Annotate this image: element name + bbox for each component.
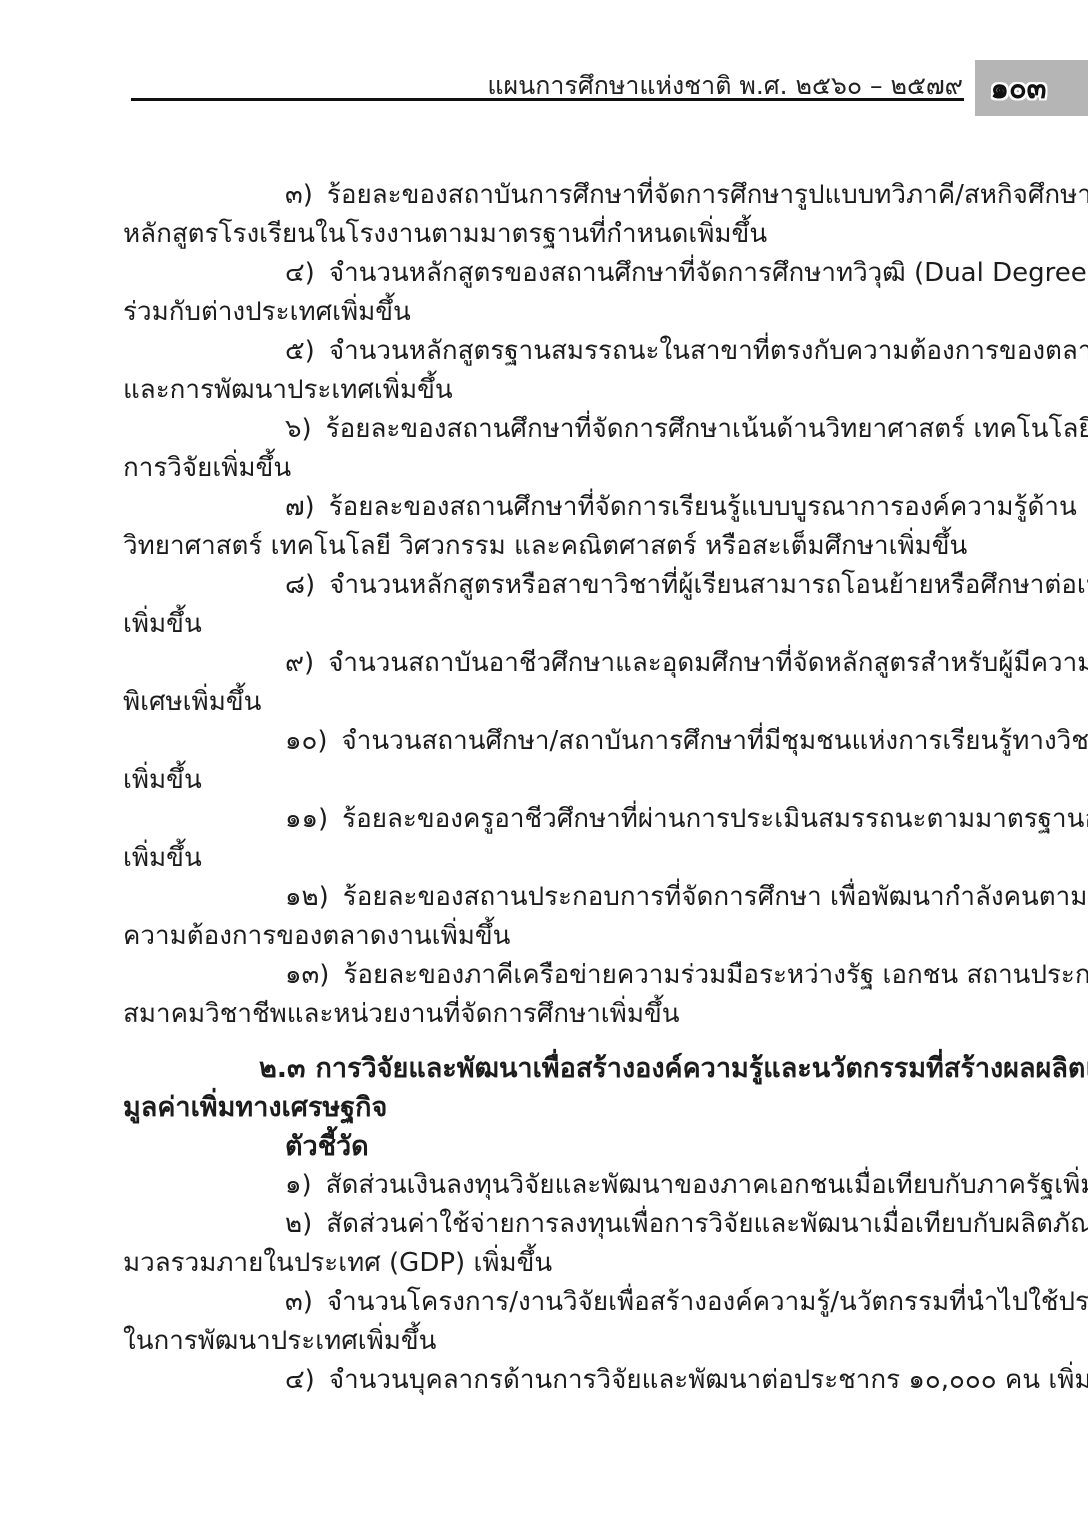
header-rule	[131, 98, 964, 101]
item-number: ๓)	[285, 1283, 313, 1322]
item-continuation: เพิ่มขึ้น	[123, 761, 983, 800]
section-heading-2-3: ๒.๓การวิจัยและพัฒนาเพื่อสร้างองค์ความรู้…	[123, 1049, 983, 1127]
indicator-item-1: ๑)สัดส่วนเงินลงทุนวิจัยและพัฒนาของภาคเอก…	[123, 1166, 983, 1205]
item-text: ร้อยละของสถานศึกษาที่จัดการเรียนรู้แบบบู…	[329, 492, 1077, 522]
item-continuation: สมาคมวิชาชีพและหน่วยงานที่จัดการศึกษาเพิ…	[123, 995, 983, 1034]
page-content: ๓)ร้อยละของสถาบันการศึกษาที่จัดการศึกษาร…	[123, 176, 983, 1400]
item-continuation: เพิ่มขึ้น	[123, 839, 983, 878]
item-text: สัดส่วนค่าใช้จ่ายการลงทุนเพื่อการวิจัยแล…	[326, 1209, 1088, 1239]
item-number: ๑)	[285, 1166, 312, 1205]
item-continuation: พิเศษเพิ่มขึ้น	[123, 683, 983, 722]
indicator-item-3: ๓)จำนวนโครงการ/งานวิจัยเพื่อสร้างองค์ควา…	[123, 1283, 983, 1361]
item-text: ร้อยละของครูอาชีวศึกษาที่ผ่านการประเมินส…	[342, 804, 1088, 834]
item-number: ๘)	[285, 566, 315, 605]
item-continuation: หลักสูตรโรงเรียนในโรงงานตามมาตรฐานที่กำห…	[123, 215, 983, 254]
list-item-7: ๗)ร้อยละของสถานศึกษาที่จัดการเรียนรู้แบบ…	[123, 488, 983, 566]
item-number: ๑๓)	[285, 956, 329, 995]
item-continuation: ความต้องการของตลาดงานเพิ่มขึ้น	[123, 917, 983, 956]
list-item-9: ๙)จำนวนสถาบันอาชีวศึกษาและอุดมศึกษาที่จั…	[123, 644, 983, 722]
item-text: สัดส่วนเงินลงทุนวิจัยและพัฒนาของภาคเอกชน…	[326, 1170, 1088, 1200]
list-item-3: ๓)ร้อยละของสถาบันการศึกษาที่จัดการศึกษาร…	[123, 176, 983, 254]
list-item-12: ๑๒)ร้อยละของสถานประกอบการที่จัดการศึกษา …	[123, 878, 983, 956]
item-continuation: มวลรวมภายในประเทศ (GDP) เพิ่มขึ้น	[123, 1244, 983, 1283]
section-title: การวิจัยและพัฒนาเพื่อสร้างองค์ความรู้และ…	[316, 1053, 1088, 1084]
item-text: จำนวนหลักสูตรหรือสาขาวิชาที่ผู้เรียนสามา…	[329, 570, 1088, 600]
item-number: ๙)	[285, 644, 314, 683]
item-number: ๑๐)	[285, 722, 328, 761]
item-number: ๕)	[285, 332, 315, 371]
list-item-10: ๑๐)จำนวนสถานศึกษา/สถาบันการศึกษาที่มีชุม…	[123, 722, 983, 800]
page-number: ๑๐๓	[991, 65, 1047, 111]
item-number: ๑๑)	[285, 800, 328, 839]
document-page: แผนการศึกษาแห่งชาติ พ.ศ. ๒๕๖๐ – ๒๕๗๙ ๑๐๓…	[0, 0, 1088, 1538]
item-text: จำนวนหลักสูตรฐานสมรรถนะในสาขาที่ตรงกับคว…	[329, 336, 1088, 366]
item-number: ๗)	[285, 488, 315, 527]
item-number: ๒)	[285, 1205, 312, 1244]
list-item-5: ๕)จำนวนหลักสูตรฐานสมรรถนะในสาขาที่ตรงกับ…	[123, 332, 983, 410]
item-continuation: และการพัฒนาประเทศเพิ่มขึ้น	[123, 371, 983, 410]
item-text: จำนวนโครงการ/งานวิจัยเพื่อสร้างองค์ความร…	[327, 1287, 1088, 1317]
item-text: ร้อยละของสถานประกอบการที่จัดการศึกษา เพื…	[343, 882, 1088, 912]
item-number: ๑๒)	[285, 878, 329, 917]
indicators-label: ตัวชี้วัด	[123, 1127, 983, 1166]
item-text: ร้อยละของสถาบันการศึกษาที่จัดการศึกษารูป…	[327, 180, 1088, 210]
item-text: ร้อยละของภาคีเครือข่ายความร่วมมือระหว่าง…	[343, 960, 1088, 990]
page-number-badge: ๑๐๓	[975, 60, 1088, 116]
item-text: จำนวนสถาบันอาชีวศึกษาและอุดมศึกษาที่จัดห…	[328, 648, 1088, 678]
section-title-continuation: มูลค่าเพิ่มทางเศรษฐกิจ	[123, 1088, 983, 1127]
item-continuation: วิทยาศาสตร์ เทคโนโลยี วิศวกรรม และคณิตศา…	[123, 527, 983, 566]
item-text: จำนวนสถานศึกษา/สถาบันการศึกษาที่มีชุมชนแ…	[342, 726, 1088, 756]
list-item-8: ๘)จำนวนหลักสูตรหรือสาขาวิชาที่ผู้เรียนสา…	[123, 566, 983, 644]
item-number: ๓)	[285, 176, 313, 215]
item-number: ๔)	[285, 254, 315, 293]
list-item-13: ๑๓)ร้อยละของภาคีเครือข่ายความร่วมมือระหว…	[123, 956, 983, 1034]
item-number: ๔)	[285, 1361, 315, 1400]
list-item-11: ๑๑)ร้อยละของครูอาชีวศึกษาที่ผ่านการประเม…	[123, 800, 983, 878]
item-continuation: ร่วมกับต่างประเทศเพิ่มขึ้น	[123, 293, 983, 332]
item-text: จำนวนบุคลากรด้านการวิจัยและพัฒนาต่อประชา…	[329, 1365, 1088, 1395]
list-item-4: ๔)จำนวนหลักสูตรของสถานศึกษาที่จัดการศึกษ…	[123, 254, 983, 332]
item-text: ร้อยละของสถานศึกษาที่จัดการศึกษาเน้นด้าน…	[326, 414, 1088, 444]
item-continuation: เพิ่มขึ้น	[123, 605, 983, 644]
list-item-6: ๖)ร้อยละของสถานศึกษาที่จัดการศึกษาเน้นด้…	[123, 410, 983, 488]
section-number: ๒.๓	[259, 1049, 306, 1088]
item-text: จำนวนหลักสูตรของสถานศึกษาที่จัดการศึกษาท…	[329, 258, 1088, 288]
indicator-item-2: ๒)สัดส่วนค่าใช้จ่ายการลงทุนเพื่อการวิจัย…	[123, 1205, 983, 1283]
item-continuation: การวิจัยเพิ่มขึ้น	[123, 449, 983, 488]
item-continuation: ในการพัฒนาประเทศเพิ่มขึ้น	[123, 1322, 983, 1361]
item-number: ๖)	[285, 410, 312, 449]
indicator-item-4: ๔)จำนวนบุคลากรด้านการวิจัยและพัฒนาต่อประ…	[123, 1361, 983, 1400]
